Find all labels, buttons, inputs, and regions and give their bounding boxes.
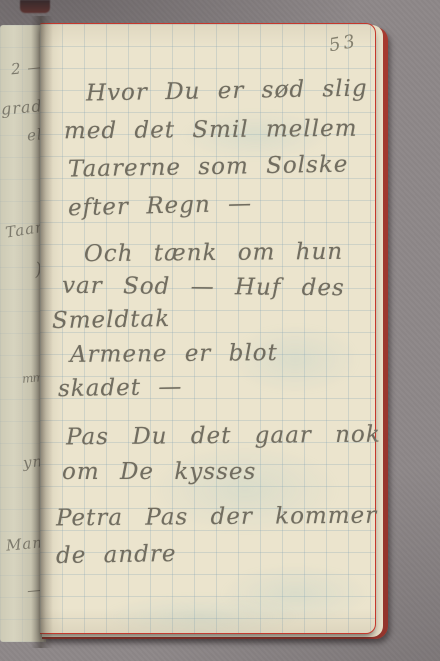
left-page-text-fragment: grad <box>1 96 44 119</box>
handwritten-line: Hvor Du er sød slig <box>86 78 368 106</box>
handwritten-line: var Sod — Huf des <box>62 275 345 300</box>
left-page-text-fragment: n Taar <box>0 218 44 244</box>
handwritten-line: Petra Pas der kommer <box>56 505 377 531</box>
handwritten-line: skadet — <box>58 376 183 401</box>
handwritten-line: Armene er blot <box>70 342 278 367</box>
handwritten-line: Pas Du det gaar nok <box>66 424 381 450</box>
notebook-page: 53 Hvor Du er sød slig med det Smil mell… <box>40 23 376 634</box>
left-page-text-fragment: Man <box>5 533 43 554</box>
handwritten-line: Smeldtak <box>52 308 171 333</box>
handwritten-line: de andre <box>56 543 177 568</box>
handwritten-line: Taarerne som Solske <box>68 154 349 182</box>
photo-background: 2 — grad el n Taar ) mm yn Man — 53 Hvor… <box>0 0 440 661</box>
left-page-text-fragment: 2 — <box>10 58 44 79</box>
handwritten-line: med det Smil mellem <box>64 118 358 144</box>
handwritten-line: efter Regn — <box>68 193 253 221</box>
show-through-mark <box>100 594 300 639</box>
handwritten-line: om De kysses <box>62 461 256 484</box>
page-number: 53 <box>327 31 359 57</box>
handwritten-line: Och tænk om hun <box>84 241 343 266</box>
notebook-spine-top <box>20 0 50 13</box>
